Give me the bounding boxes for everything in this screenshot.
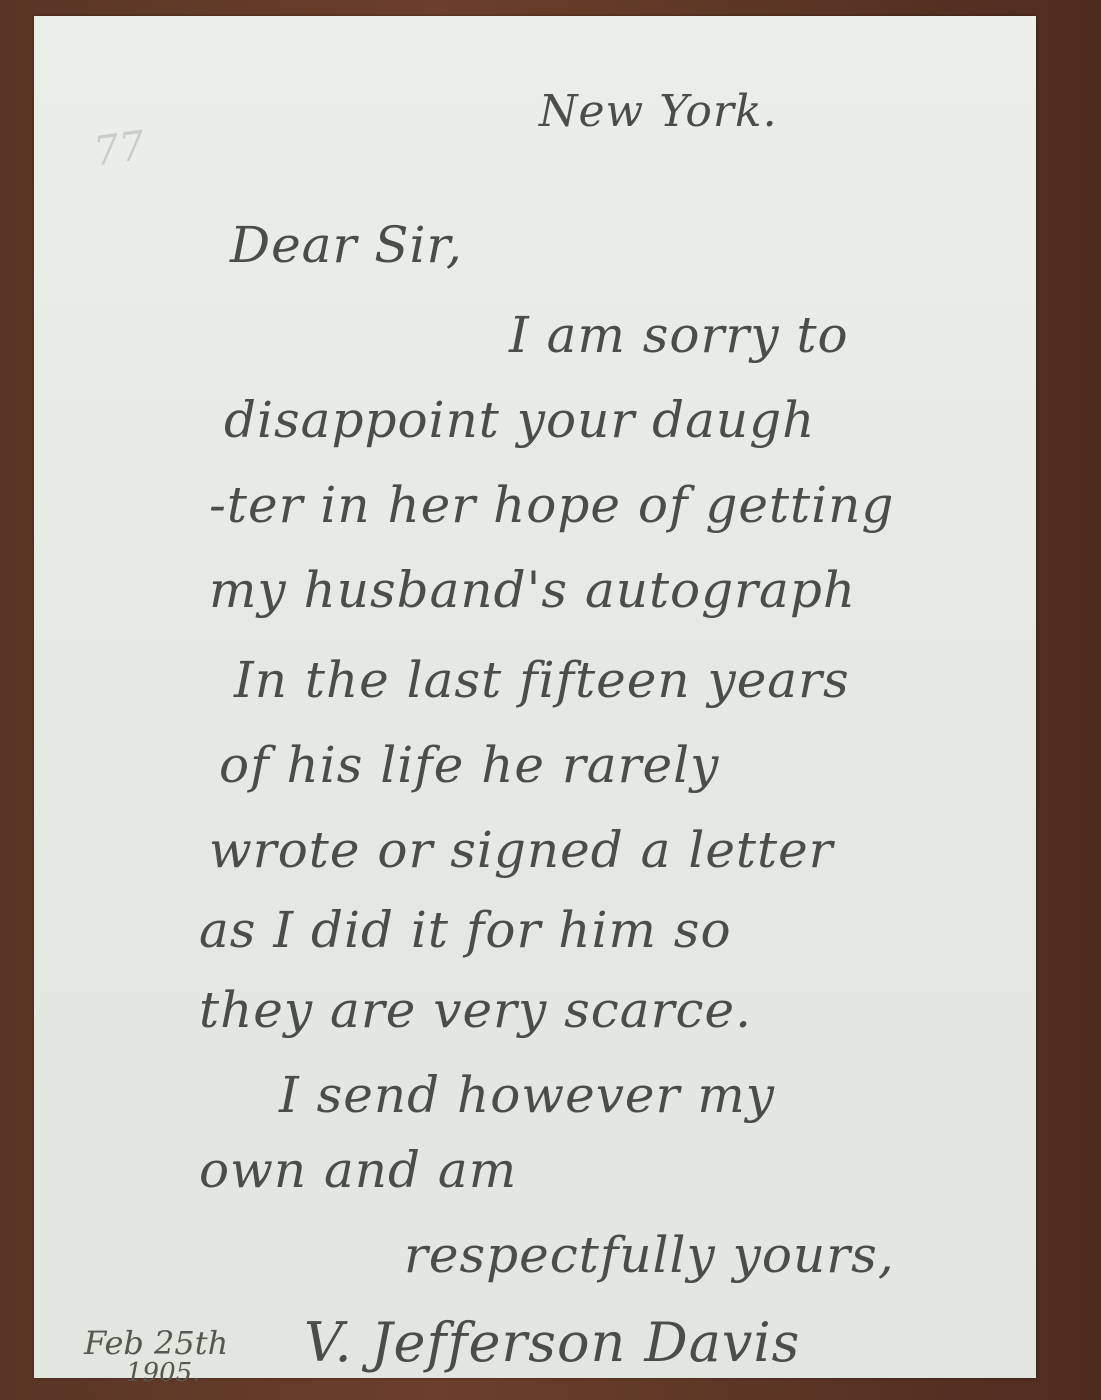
letter-place: New York. [539,86,778,137]
annotation-day: Feb 25th [84,1328,228,1358]
body-line: as I did it for him so [199,901,732,959]
annotation-date: Feb 25th 1905. [84,1328,228,1388]
pencil-mark: 77 [91,123,148,176]
salutation: Dear Sir, [230,216,463,274]
body-line: I am sorry to [509,306,849,364]
signature: V. Jefferson Davis [304,1311,800,1374]
body-line: In the last fifteen years [234,651,850,709]
body-line: wrote or signed a letter [209,821,834,879]
body-line: I send however my [279,1066,775,1124]
body-line: my husband's autograph [209,561,856,619]
body-line: disappoint your daugh [224,391,815,449]
body-line: they are very scarce. [199,981,752,1039]
letter-paper: 77 New York. Dear Sir, I am sorry to dis… [34,16,1036,1378]
body-line: -ter in her hope of getting [209,476,894,534]
annotation-year: 1905. [84,1358,228,1388]
body-line: own and am [199,1141,517,1199]
closing: respectfully yours, [404,1226,895,1284]
body-line: of his life he rarely [219,736,719,794]
